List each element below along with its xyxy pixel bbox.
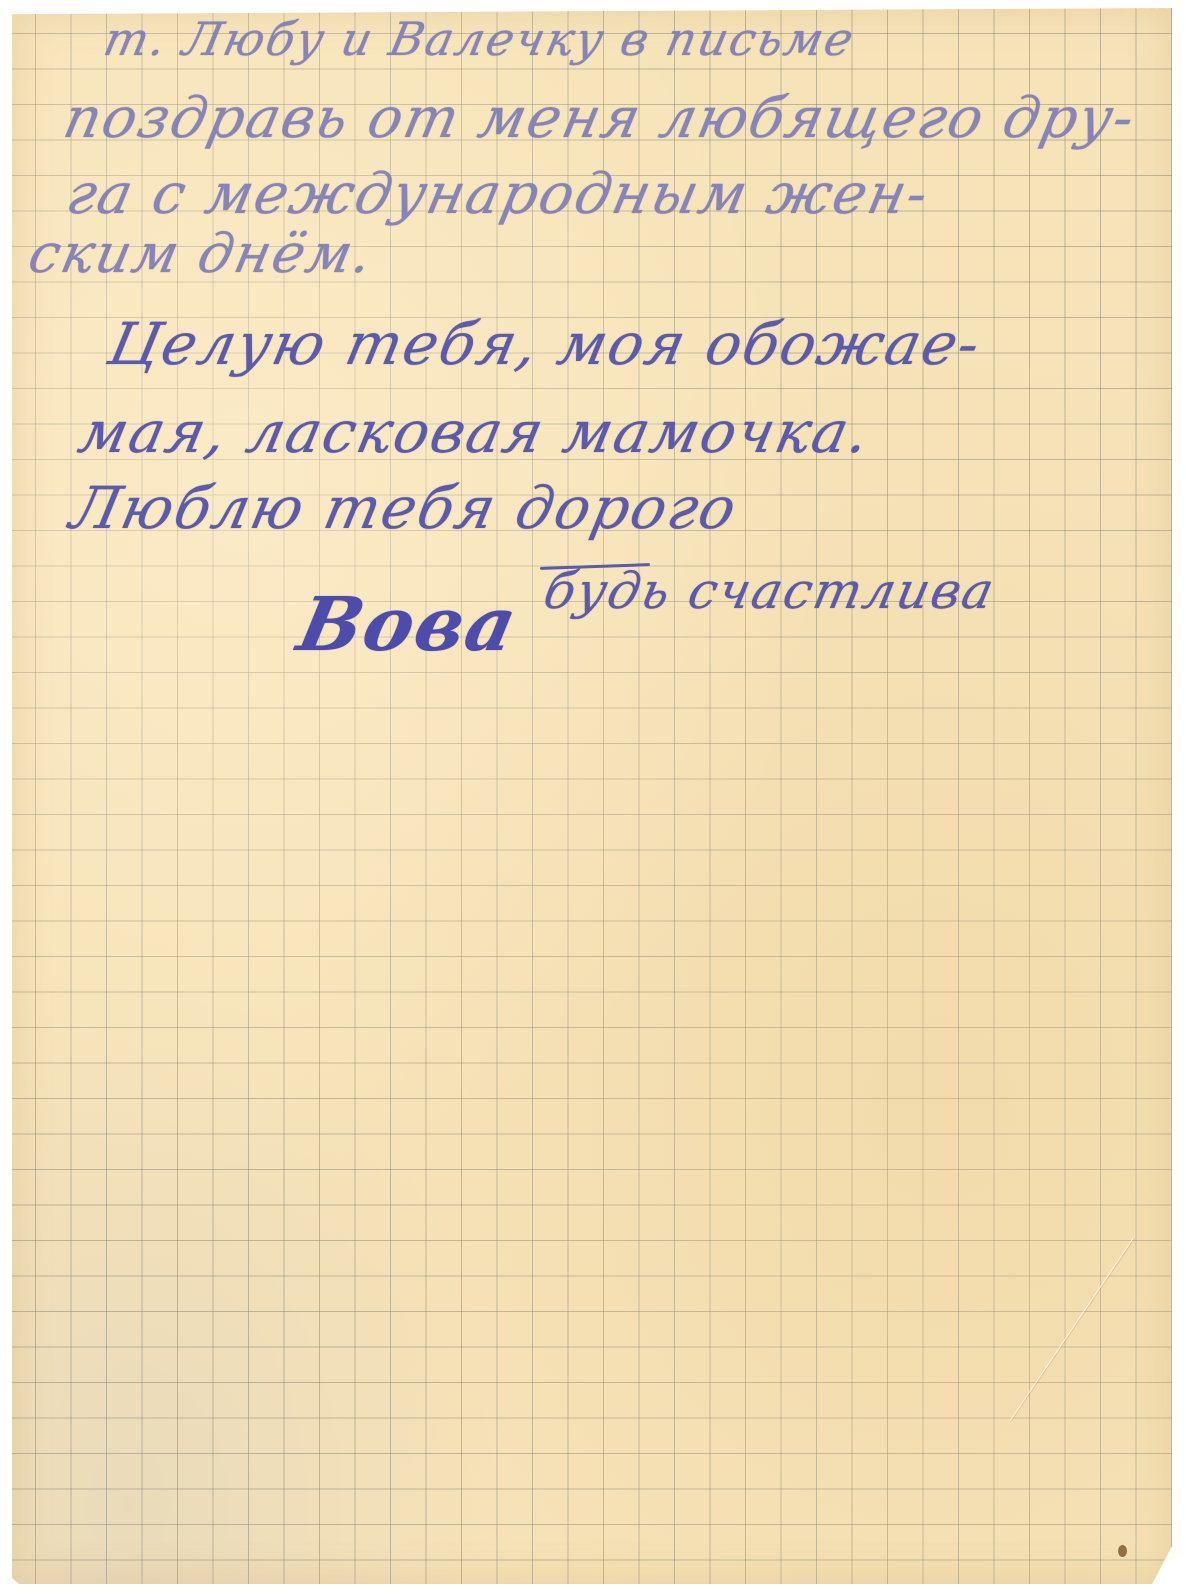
letter-line-7: Люблю тебя дорого [65, 474, 744, 542]
letter-line-6: мая, ласковая мамочка. [73, 398, 878, 466]
letter-line-1: т. Любу и Валечку в письме [99, 12, 860, 66]
letter-line-5: Целую тебя, моя обожае- [103, 310, 988, 378]
signature: Вова [291, 582, 526, 668]
paper-stain [1118, 1545, 1127, 1557]
letter-line-3: га с международным жен- [61, 162, 935, 227]
serrated-top-edge [12, 4, 1172, 14]
letter-line-4: ским днём. [23, 222, 379, 285]
letter-line-2: поздравь от меня любящего дру- [58, 86, 1142, 151]
postscript-note: будь счастлива [539, 562, 1001, 620]
